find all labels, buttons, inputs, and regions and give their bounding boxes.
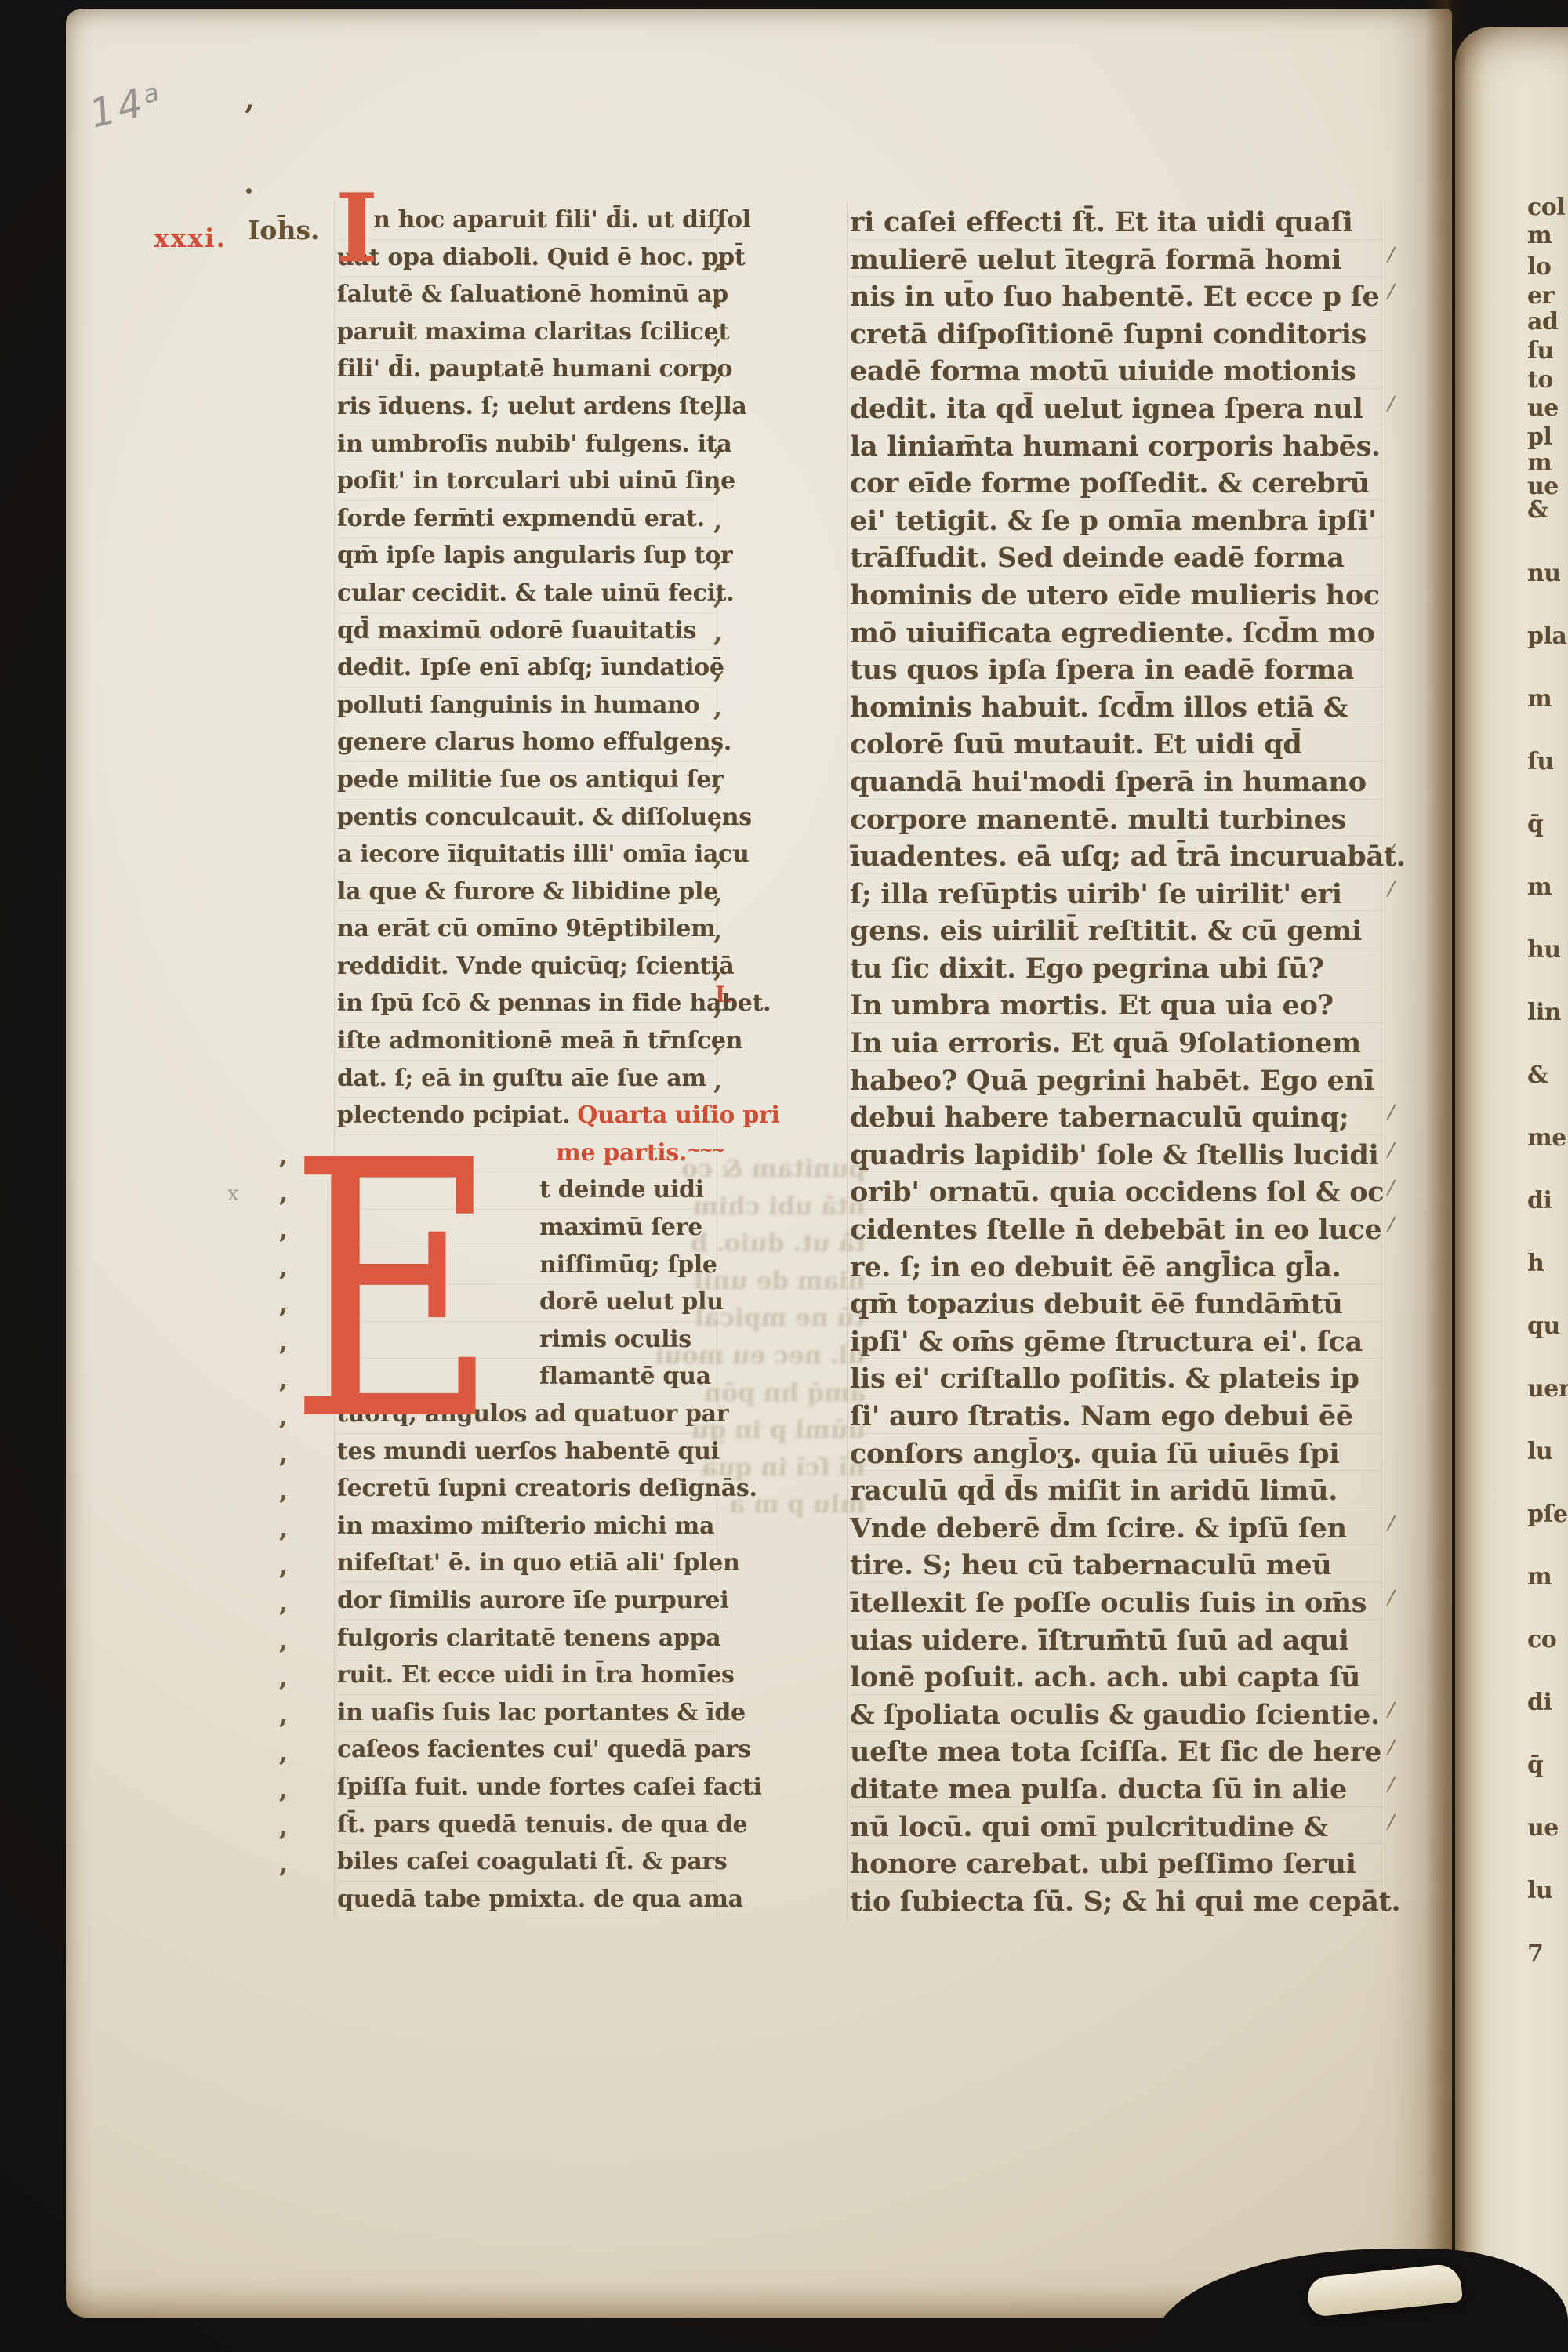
text-segment: raculū qd̄ d̄s miſit in aridū limū. [850,1475,1338,1507]
text-line: In uia erroris. Et quā 9ſolationem [850,1023,1383,1061]
text-line: Vnde deberē d̄m ſcire. & ipſū ſen [850,1508,1383,1546]
text-line: gens. eis uirilit̄ reſtitit. & cū gemi [850,911,1383,949]
text-segment: dorē uelut plu [539,1288,724,1316]
line-filler-comma: , [713,953,722,983]
text-segment: in ſpū ſcō & pennas in fide habet. [337,989,771,1017]
text-segment: tire. S; heu cū tabernaculū meū [850,1549,1332,1581]
text-segment: reddidit. Vnde quicūq; ſcientiā [337,953,735,980]
edge-fragment: m [1527,873,1552,901]
line-filler-comma: , [713,245,722,274]
edge-fragment: ad [1527,308,1558,336]
text-segment: qm̄ topazius debuit ēē fundām̄tū [850,1288,1343,1320]
line-filler-comma: , [713,1065,722,1095]
text-segment: uat opa diaboli. Quid ē hoc. ppt̄ [337,244,745,271]
edge-fragment: m [1527,222,1552,249]
text-line: ditate mea pulſa. ducta ſū in alie [850,1769,1383,1807]
text-line: ei' tetigit. & ſe p omīa menbra ipſi' [850,501,1383,539]
edge-fragment: er [1527,282,1554,310]
text-line: iſte admonitionē meā n̄ tr̄nſcen [337,1023,715,1061]
ink-speck [533,296,537,300]
text-segment: honore carebat. ubi peſſimo ſerui [850,1848,1356,1880]
text-line: na erāt cū omīno 9tēptibilem [337,911,715,949]
line-filler-comma: , [713,431,722,461]
text-line: trāſfudit. Sed deinde eadē forma [850,538,1383,575]
text-line: in uaſis ſuis lac portantes & īde [337,1695,715,1733]
line-filler-comma: , [713,879,722,909]
text-segment: quandā hui'modi ſperā in humano [850,766,1367,798]
line-end-slash: / [1385,1101,1396,1125]
line-end-slash: / [1385,1735,1396,1759]
text-line: ſecretū ſupni creatoris deſignās. [337,1471,715,1508]
text-segment: cular cecidit. & tale uinū fecit. [337,579,734,607]
edge-fragment: m [1527,1563,1552,1591]
text-line: ſalutē & ſaluationē hominū ap [337,277,715,314]
line-end-slash: / [1385,1697,1396,1722]
text-segment: in umbroſis nubib' fulgens. ita [337,430,731,458]
text-segment: dedit. Ipſe enī abſq; īundatioē [337,654,724,681]
text-segment: mō uiuificata egrediente. ſcd̄m mo [850,617,1375,649]
text-line: debui habere tabernaculū quinq; [850,1098,1383,1135]
text-line: uias uidere. īſtrum̄tū ſuū ad aqui [850,1621,1383,1658]
pencil-x-mark: x [227,1182,239,1206]
text-segment: In umbra mortis. Et qua uia eo? [850,989,1334,1022]
text-segment: rimis oculis [539,1326,691,1353]
margin-comma: , [279,1401,288,1431]
text-line: tu ſic dixit. Ego pegrina ubi ſū? [850,949,1383,986]
text-segment: niſſimūq; ſple [539,1251,717,1279]
text-line: cretā diſpoſitionē ſupni conditoris [850,314,1383,352]
red-initial-i: I [336,187,378,272]
text-segment: mulierē uelut ītegrā formā homi [850,244,1341,276]
text-line: ſpiſſa fuit. unde fortes caſei facti [337,1769,715,1807]
text-segment: ris īduens. ſ; uelut ardens ſtella [337,393,747,420]
ruling-line [1385,201,1385,1921]
text-segment: a iecore īiquitatis illi' omīa iacu [337,840,750,868]
text-segment: cretā diſpoſitionē ſupni conditoris [850,318,1367,350]
text-segment: ītellexit ſe poſſe oculis ſuis in om̄s [850,1587,1367,1619]
text-segment: Vnde deberē d̄m ſcire. & ipſū ſen [850,1512,1347,1544]
text-segment: hominis habuit. ſcd̄m illos etiā & [850,691,1348,724]
edge-fragment: h [1527,1250,1544,1277]
line-end-slash: / [1385,1809,1396,1834]
edge-fragment: 7 [1527,1940,1543,1967]
text-segment: cor eīde forme poſſedit. & cerebrū [850,467,1370,499]
text-line: cidentes ſtelle n̄ debebāt in eo luce [850,1210,1383,1247]
edge-fragment: lu [1527,1438,1552,1465]
edge-fragment: di [1527,1689,1552,1716]
text-line: colorē ſuū mutauit. Et uidi qd̄ [850,724,1383,762]
text-segment: ruit. Et ecce uidi in t̄ra homīes [337,1661,735,1689]
line-filler-comma: , [713,319,722,349]
text-segment: t deinde uidi [539,1176,704,1203]
edge-fragment: & [1527,496,1548,524]
ink-tick-mark: ʼ [243,99,253,134]
text-line: polluti ſanguinis in humano [337,688,715,725]
text-segment: fulgoris claritatē tenens appa [337,1624,720,1652]
ink-speck [615,933,618,936]
text-segment: re. ſ; in eo debuit ēē angl̄ica gl̄a. [850,1251,1341,1283]
text-segment: la liniam̄ta humani corporis habēs. [850,430,1381,463]
text-line: tus quos ipſa ſpera in eadē forma [850,650,1383,688]
line-filler-comma: , [713,543,722,572]
margin-comma: , [279,1551,288,1581]
margin-comma: , [279,1327,288,1356]
edge-fragment: col [1527,194,1565,221]
text-segment: dor ſimilis aurore īſe purpurei [337,1587,728,1614]
text-segment: cidentes ſtelle n̄ debebāt in eo luce [850,1214,1382,1246]
text-segment: īuadentes. eā uſq; ad t̄rā incuruabāt. [850,840,1406,873]
edge-fragment: lo [1527,253,1551,281]
text-line: ueſte mea tota ſciſſa. Et ſic de here [850,1732,1383,1769]
text-segment: debui habere tabernaculū quinq; [850,1102,1349,1134]
text-segment: iſte admonitionē meā n̄ tr̄nſcen [337,1027,742,1054]
margin-comma: , [279,1700,288,1730]
text-line: dor ſimilis aurore īſe purpurei [337,1583,715,1621]
text-line: ſ; illa reſūptis uirib' ſe uirilit' eri [850,874,1383,912]
manuscript-photo: colmloeradſutoueplmue&nuplamſuq̄mhulin&m… [0,0,1568,2352]
text-line: qm̄ ipſe lapis angularis ſup tor [337,538,715,575]
text-line: in maximo miſterio michi ma [337,1508,715,1546]
line-filler-comma: , [713,356,722,386]
text-segment: plectendo pcipiat. [337,1102,570,1129]
line-filler-comma: , [713,655,722,684]
text-segment: quedā tabe pmixta. de qua ama [337,1886,743,1913]
text-line: qm̄ topazius debuit ēē fundām̄tū [850,1284,1383,1322]
rubric-segment: Quarta uiſio pri [577,1102,779,1129]
text-line: pede militie ſue os antiqui ſer [337,762,715,800]
text-segment: lonē poſuit. ach. ach. ubi capta ſū [850,1661,1360,1693]
margin-comma: , [279,1588,288,1617]
edge-fragment: pl [1527,423,1552,451]
text-line: cular cecidit. & tale uinū fecit. [337,575,715,613]
text-line: hominis habuit. ſcd̄m illos etiā & [850,688,1383,725]
text-segment: conſors angl̄oʒ. quia ſū uiuēs ſpi [850,1438,1339,1470]
line-filler-comma: , [713,580,722,610]
text-line: ris īduens. ſ; uelut ardens ſtella [337,389,715,426]
text-segment: ſ; illa reſūptis uirib' ſe uirilit' eri [850,878,1342,910]
margin-comma: , [279,1439,288,1468]
text-segment: ſt̄. pars quedā tenuis. de qua de [337,1811,747,1838]
text-line: ipſi' & om̄s gēme ſtructura ei'. ſca [850,1322,1383,1359]
text-segment: ei' tetigit. & ſe p omīa menbra ipſi' [850,505,1376,537]
text-line: biles caſei coagulati ſt̄. & pars [337,1844,715,1882]
text-segment: ſi' auro ſtratis. Nam ego debui ēē [850,1400,1353,1432]
edge-fragment: pſe [1527,1501,1567,1528]
margin-comma: , [279,1737,288,1767]
text-line: caſeos facientes cui' quedā pars [337,1732,715,1769]
edge-fragment: q̄ [1527,811,1543,838]
text-segment: ditate mea pulſa. ducta ſū in alie [850,1773,1347,1806]
ruling-line [847,201,848,1921]
edge-fragment: pla [1527,622,1566,650]
svg-text:E: E [292,1156,499,1422]
ruling-line [334,201,335,1921]
line-filler-comma: , [713,767,722,797]
edge-fragment: m [1527,685,1552,713]
text-line: in umbroſis nubib' fulgens. ita [337,426,715,464]
text-line: eadē forma motū uiuide motionis [850,351,1383,389]
text-line: qd̄ maximū odorē ſuauitatis [337,613,715,651]
text-line: nis in ut̄o ſuo habentē. Et ecce p ſe [850,277,1383,314]
text-segment: n hoc aparuit fili' d̄i. ut diſſol [373,206,751,234]
text-segment: hominis de utero eīde mulieris hoc [850,579,1380,612]
text-line: a iecore īiquitatis illi' omīa iacu [337,837,715,874]
line-filler-comma: , [713,692,722,722]
line-filler-comma: , [713,468,722,498]
text-segment: in maximo miſterio michi ma [337,1512,714,1540]
text-line: mulierē uelut ītegrā formā homi [850,240,1383,278]
text-segment: & ſpoliata oculis & gaudio ſcientie. [850,1699,1380,1731]
margin-comma: , [279,1289,288,1319]
edge-fragment: to [1527,366,1553,394]
edge-fragment: ſu [1527,748,1554,775]
edge-fragment: uer [1527,1375,1568,1403]
text-line: dedit. ita qd̄ uelut ignea ſpera nul [850,389,1383,426]
text-line: plectendo pcipiat.Quarta uiſio pri [337,1098,715,1135]
line-filler-comma: , [713,1028,722,1058]
edge-fragment: me [1527,1124,1566,1152]
text-line: la que & furore & libidine ple [337,874,715,912]
text-line: nifeſtat' ē. in quo etiā ali' ſplen [337,1545,715,1583]
margin-comma: , [279,1475,288,1505]
text-segment: dedit. ita qd̄ uelut ignea ſpera nul [850,393,1363,425]
margin-comma: , [279,1364,288,1394]
margin-comma: , [279,1849,288,1878]
line-end-slash: / [1385,242,1396,267]
text-line: ītellexit ſe poſſe oculis ſuis in om̄s [850,1583,1383,1621]
text-segment: paruit maxima claritas ſcilicet [337,318,729,346]
text-line: quedā tabe pmixta. de qua ama [337,1882,715,1919]
edge-fragment: lin [1527,999,1561,1026]
text-line: reddidit. Vnde quicūq; ſcientiā [337,949,715,986]
gutter-crease-shadow [1425,0,1466,2352]
text-segment: habeo? Quā pegrini habēt. Ego enī [850,1065,1374,1097]
text-line: cor eīde forme poſſedit. & cerebrū [850,463,1383,501]
text-line: pentis conculcauit. & diſſoluens [337,800,715,837]
text-segment: genere clarus homo effulgens. [337,728,731,756]
edge-fragment: di [1527,1187,1552,1214]
margin-comma: , [279,1662,288,1692]
text-line: īuadentes. eā uſq; ad t̄rā incuruabāt. [850,837,1383,874]
edge-fragment: lu [1527,1877,1552,1904]
text-segment: fili' d̄i. pauptatē humani corpo [337,355,732,383]
text-segment: tu ſic dixit. Ego pegrina ubi ſū? [850,953,1324,985]
line-end-slash: / [1385,391,1396,416]
text-segment: biles caſei coagulati ſt̄. & pars [337,1848,727,1875]
ink-speck [246,188,252,194]
text-line: honore carebat. ubi peſſimo ſerui [850,1844,1383,1882]
text-segment: lis ei' criſtallo poſitis. & plateis ip [850,1363,1359,1395]
edge-fragment: & [1527,1062,1548,1089]
text-line: ſi' auro ſtratis. Nam ego debui ēē [850,1396,1383,1434]
text-segment: ueſte mea tota ſciſſa. Et ſic de here [850,1736,1381,1768]
line-end-slash: / [1385,877,1396,901]
text-segment: na erāt cū omīno 9tēptibilem [337,915,716,942]
line-end-slash: / [1385,1138,1396,1162]
line-end-slash: / [1385,1586,1396,1610]
text-line: quadris lapidib' ſole & ſtellis lucidi [850,1135,1383,1173]
text-segment: ipſi' & om̄s gēme ſtructura ei'. ſca [850,1326,1363,1358]
edge-fragment: q̄ [1527,1751,1543,1779]
margin-comma: , [279,1513,288,1543]
text-segment: gens. eis uirilit̄ reſtitit. & cū gemi [850,915,1362,947]
line-filler-comma: , [713,618,722,648]
text-line: conſors angl̄oʒ. quia ſū uiuēs ſpi [850,1434,1383,1472]
edge-fragment: ue [1527,1814,1559,1842]
initial-e-glyph: E [292,1156,511,1422]
line-filler-comma: , [713,729,722,759]
text-segment: trāſfudit. Sed deinde eadē forma [850,542,1345,574]
text-segment: tus quos ipſa ſpera in eadē forma [850,654,1354,686]
text-segment: in uaſis ſuis lac portantes & īde [337,1699,746,1726]
edge-fragment: nu [1527,560,1561,587]
text-segment: qd̄ maximū odorē ſuauitatis [337,617,696,644]
line-filler-comma: , [713,506,722,535]
text-segment: quadris lapidib' ſole & ſtellis lucidi [850,1139,1379,1171]
text-segment: nifeſtat' ē. in quo etiā ali' ſplen [337,1549,740,1577]
rubric-segment: me partis. [556,1139,687,1167]
text-segment: ſorde ferm̄ti expmendū erat. [337,505,705,532]
text-line: ſorde ferm̄ti expmendū erat. [337,501,715,539]
text-segment: caſeos facientes cui' quedā pars [337,1736,751,1763]
margin-comma: , [279,1214,288,1244]
line-filler-comma: , [713,804,722,834]
text-segment: ſalutē & ſaluationē hominū ap [337,281,728,308]
text-line: ri caſei effecti ſt̄. Et ita uidi quaſi [850,202,1383,240]
text-segment: tio ſubiecta ſū. S; & hi qui me cepāt. [850,1886,1400,1918]
margin-comma: , [279,1812,288,1842]
text-segment: colorē ſuū mutauit. Et uidi qd̄ [850,728,1302,760]
line-end-slash: / [1385,280,1396,304]
text-segment: flamantē qua [539,1363,711,1390]
margin-comma: , [279,1774,288,1804]
text-line: poſit' in torculari ubi uinū ſine [337,463,715,501]
folio-number-pencil: 14a [85,74,168,136]
text-line: In umbra mortis. Et qua uia eo? [850,985,1383,1023]
line-end-slash: / [1385,1213,1396,1237]
text-segment: ſpiſſa fuit. unde fortes caſei facti [337,1773,762,1801]
column-1: n hoc aparuit fili' d̄i. ut diſſoluat op… [337,202,715,1918]
text-line: n hoc aparuit fili' d̄i. ut diſſol [337,202,715,240]
text-segment: nū locū. qui omī pulcritudine & [850,1811,1328,1843]
text-segment: dat. ſ; eā in guſtu aīe ſue am [337,1065,706,1092]
text-segment: pentis conculcauit. & diſſoluens [337,804,752,831]
line-end-slash: / [1385,1773,1396,1797]
text-line: lis ei' criſtallo poſitis. & plateis ip [850,1359,1383,1396]
text-line: dat. ſ; eā in guſtu aīe ſue am [337,1061,715,1098]
text-segment: ſecretū ſupni creatoris deſignās. [337,1475,757,1502]
text-line: re. ſ; in eo debuit ēē angl̄ica gl̄a. [850,1247,1383,1285]
margin-comma: , [279,1178,288,1207]
text-line: tire. S; heu cū tabernaculū meū [850,1545,1383,1583]
margin-comma: , [279,1252,288,1282]
text-segment: pede militie ſue os antiqui ſer [337,766,724,793]
text-segment: nis in ut̄o ſuo habentē. Et ecce p ſe [850,281,1379,313]
text-segment: ri caſei effecti ſt̄. Et ita uidi quaſi [850,206,1353,238]
rubric-flourish: ~~~ [687,1140,723,1160]
line-filler-comma: , [713,991,722,1021]
edge-fragment: qu [1527,1312,1560,1340]
text-line: tio ſubiecta ſū. S; & hi qui me cepāt. [850,1882,1383,1919]
line-filler-comma: , [713,841,722,871]
text-line: raculū qd̄ d̄s miſit in aridū limū. [850,1471,1383,1508]
line-filler-comma: , [713,916,722,946]
text-segment: tes mundi uerſos habentē qui [337,1438,720,1465]
text-line: hominis de utero eīde mulieris hoc [850,575,1383,613]
text-segment: In uia erroris. Et quā 9ſolationem [850,1027,1361,1059]
source-note: Ioh̄s. [248,215,320,245]
text-line: in ſpū ſcō & pennas in fide habet. [337,985,715,1023]
text-line: habeo? Quā pegrini habēt. Ego enī [850,1061,1383,1098]
text-segment: qm̄ ipſe lapis angularis ſup tor [337,542,732,569]
line-filler-comma: , [713,281,722,311]
text-line: la liniam̄ta humani corporis habēs. [850,426,1383,464]
text-line: & ſpoliata oculis & gaudio ſcientie. [850,1695,1383,1733]
text-line: genere clarus homo effulgens. [337,724,715,762]
edge-fragment: ue [1527,394,1559,422]
red-initial-e: E [292,1156,511,1422]
chapter-number: xxxi. [154,223,227,253]
text-line: fili' d̄i. pauptatē humani corpo [337,351,715,389]
text-segment: corpore manentē. multi turbines [850,804,1346,836]
facing-page-sliver: colmloeradſutoueplmue&nuplamſuq̄mhulin&m… [1455,27,1568,2321]
line-filler-comma: , [713,207,722,237]
text-line: corpore manentē. multi turbines [850,800,1383,837]
line-end-slash: / [1385,1175,1396,1200]
text-line: ſt̄. pars quedā tenuis. de qua de [337,1807,715,1845]
text-line: tes mundi uerſos habentē qui [337,1434,715,1472]
text-segment: orib' ornatū. quia occidens ſol & oc [850,1176,1384,1208]
line-filler-comma: , [713,394,722,423]
text-line: orib' ornatū. quia occidens ſol & oc [850,1172,1383,1210]
text-line: paruit maxima claritas ſcilicet [337,314,715,352]
column-2: ri caſei effecti ſt̄. Et ita uidi quaſim… [850,202,1383,1918]
text-segment: la que & furore & libidine ple [337,878,718,906]
text-line: dedit. Ipſe enī abſq; īundatioē [337,650,715,688]
text-line: mō uiuificata egrediente. ſcd̄m mo [850,613,1383,651]
text-line: fulgoris claritatē tenens appa [337,1621,715,1658]
text-segment: maximū ſere [539,1214,702,1241]
text-line: ruit. Et ecce uidi in t̄ra homīes [337,1657,715,1695]
edge-fragment: hu [1527,936,1561,964]
text-line: quandā hui'modi ſperā in humano [850,762,1383,800]
text-segment: eadē forma motū uiuide motionis [850,355,1356,387]
text-segment: polluti ſanguinis in humano [337,691,699,719]
margin-comma: , [279,1625,288,1655]
text-line: nū locū. qui omī pulcritudine & [850,1807,1383,1845]
edge-fragment: co [1527,1626,1556,1653]
text-line: uat opa diaboli. Quid ē hoc. ppt̄ [337,240,715,278]
text-line: lonē poſuit. ach. ach. ubi capta ſū [850,1657,1383,1695]
manuscript-page: 14a ʼ xxxi. Ioh̄s. x I E I. punitam & co… [66,9,1452,2318]
margin-comma: , [279,1140,288,1170]
edge-fragment: ſu [1527,337,1554,365]
text-segment: uias uidere. īſtrum̄tū ſuū ad aqui [850,1624,1349,1657]
line-end-slash: / [1385,1511,1396,1535]
text-segment: poſit' in torculari ubi uinū ſine [337,467,735,495]
